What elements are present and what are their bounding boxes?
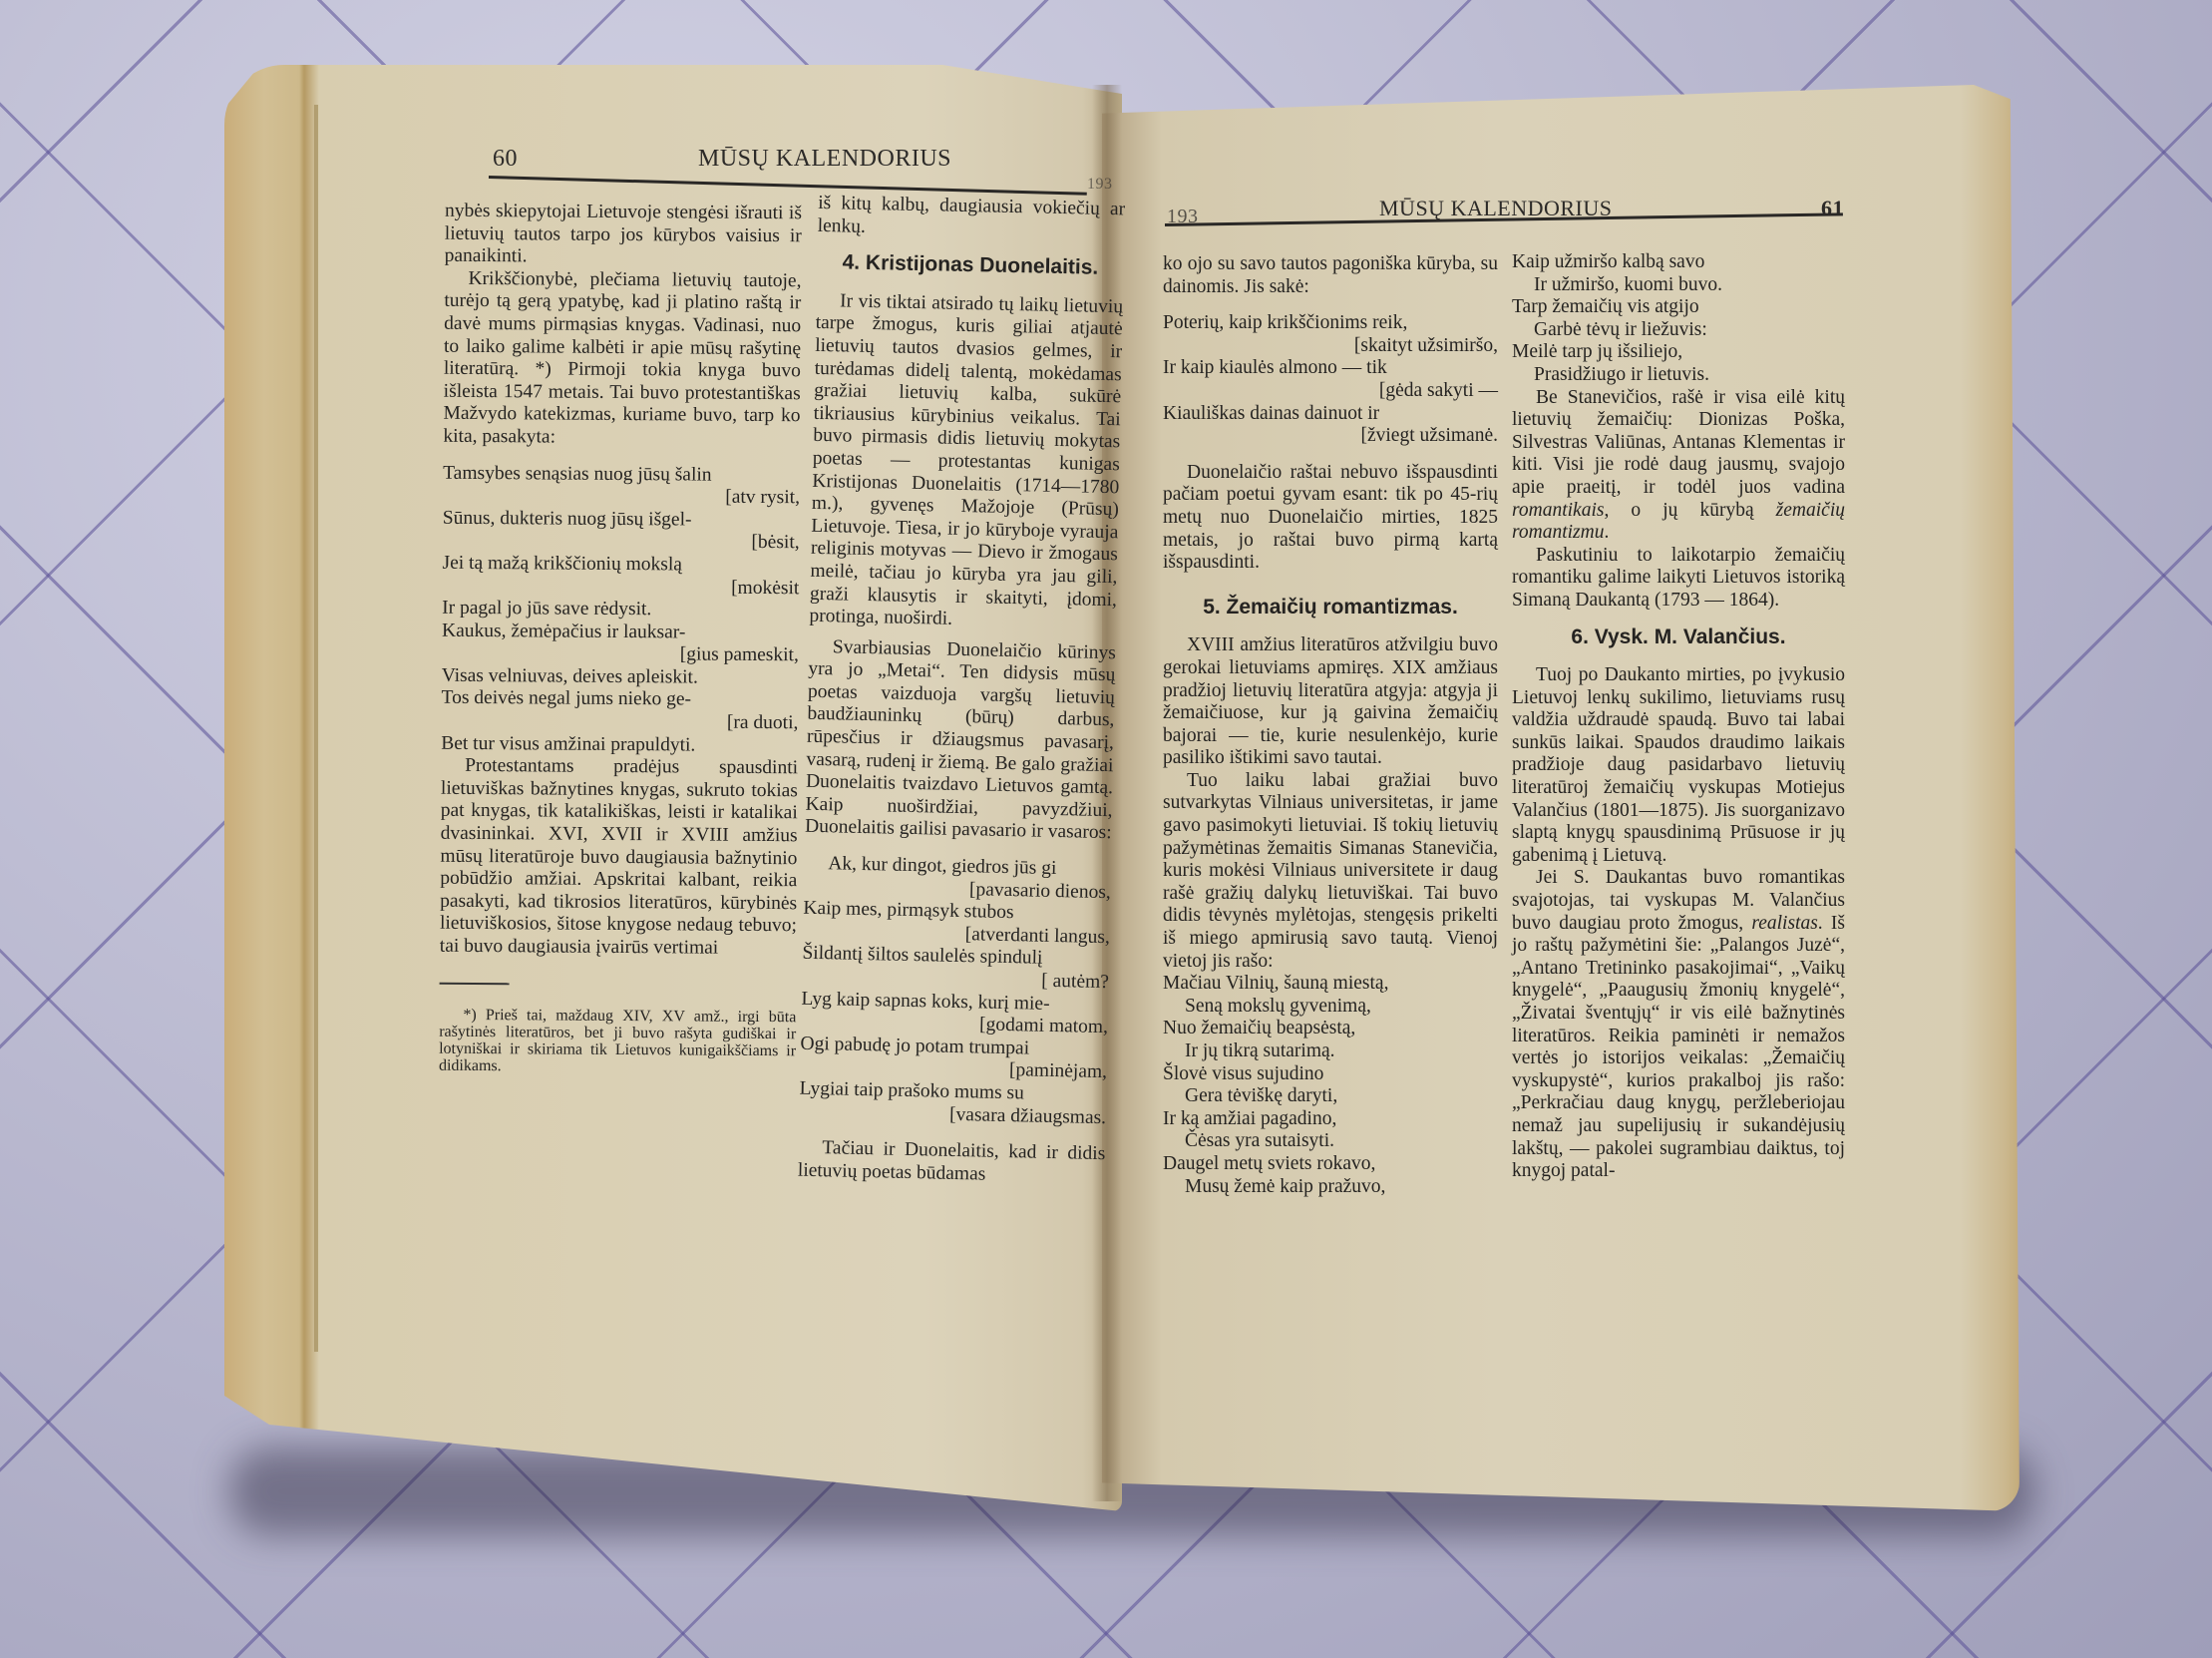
- left-page-number: 60: [493, 146, 518, 173]
- paragraph: ko ojo su savo tautos pagoniška kūryba, …: [1163, 253, 1498, 298]
- stanevicius-poem: Mačiau Vilnių, šauną miestą, Seną mokslų…: [1163, 973, 1498, 1198]
- page-edge-stain: [314, 105, 318, 1352]
- paragraph: nybės skiepytojai Lietuvoje stengėsi išr…: [445, 201, 802, 270]
- paragraph: Be Stanevičios, rašė ir visa eilė kitų l…: [1512, 387, 1845, 545]
- poem-line: Ir ką amžiai pagadino,: [1163, 1108, 1498, 1131]
- verse-line: Visas velniuvas, deives apleiskit.: [442, 665, 799, 690]
- mazvydas-verse: Tamsybes senąsias nuog jūsų šalin [atv r…: [441, 462, 800, 757]
- poem-line: Gera tėviškę daryti,: [1163, 1085, 1498, 1108]
- verse-line: Tos deivės negal jums nieko ge-: [441, 687, 798, 712]
- right-page-number: 61: [1821, 196, 1844, 221]
- verse-line: Kaukus, žemėpačius ir lauksar-: [442, 620, 799, 644]
- text-span: , o jų kūrybą: [1604, 500, 1775, 521]
- right-page-column-1: ko ojo su savo tautos pagoniška kūryba, …: [1163, 253, 1498, 1198]
- section-heading-5: 5. Žemaičių romantizmas.: [1163, 597, 1498, 620]
- verse-line-cont: [bėsit,: [443, 530, 800, 555]
- paragraph: Tačiau ir Duonelaitis, kad ir didis liet…: [798, 1137, 1106, 1189]
- poem-line: Ir užmiršo, kuomi buvo.: [1512, 274, 1845, 297]
- verse-line: Sūnus, dukteris nuog jūsų išgel-: [443, 507, 800, 532]
- paragraph: Paskutiniu to laikotarpio žemaičių roman…: [1512, 545, 1845, 613]
- poem-line: Ir jų tikrą sutarimą.: [1163, 1040, 1498, 1063]
- paragraph: XVIII amžius literatūros atžvilgiu buvo …: [1163, 634, 1498, 770]
- right-page-column-2: Kaip užmiršo kalbą savo Ir užmiršo, kuom…: [1512, 251, 1845, 1183]
- poem-line: Nuo žemaičių beapsėstą,: [1163, 1018, 1498, 1040]
- paragraph: iš kitų kalbų, daugiausia vokiečių ar le…: [817, 193, 1125, 244]
- poem-line: Šlovė visus sujudino: [1163, 1063, 1498, 1086]
- stanevicius-poem-cont: Kaip užmiršo kalbą savo Ir užmiršo, kuom…: [1512, 251, 1845, 387]
- poem-line: Musų žemė kaip pražuvo,: [1163, 1176, 1498, 1199]
- verse-line: Ir kaip kiaulės almono — tik: [1163, 357, 1498, 380]
- verse-line: Ir pagal jo jūs save rėdysit.: [442, 598, 799, 622]
- left-corner-mark: 193: [1087, 176, 1113, 194]
- left-running-title: MŪSŲ KALENDORIUS: [698, 146, 951, 173]
- paragraph: Krikščionybė, plečiama lietuvių tautoje,…: [443, 268, 801, 451]
- paragraph: Duonelaičio raštai nebuvo išspausdinti p…: [1163, 462, 1498, 575]
- verse-line-cont: [gėda sakyti —: [1163, 380, 1498, 403]
- verse-line-cont: [atv rysit,: [443, 485, 800, 510]
- poem-line: Meilė tarp jų išsiliejo,: [1512, 341, 1845, 364]
- poem-line: Garbė tėvų ir liežuvis:: [1512, 319, 1845, 342]
- paragraph: Protestantams pradėjus spausdinti lietuv…: [440, 755, 798, 961]
- section-heading-4: 4. Kristijonas Duonelaitis.: [817, 251, 1124, 280]
- poem-line: Seną mokslų gyvenimą,: [1163, 996, 1498, 1019]
- footnote-rule: [440, 982, 510, 984]
- paragraph: Tuoj po Daukanto mirties, po įvykusio Li…: [1512, 664, 1845, 867]
- poem-line: Tarp žemaičių vis atgijo: [1512, 296, 1845, 319]
- poem-line: Mačiau Vilnių, šauną miestą,: [1163, 973, 1498, 996]
- verse-line-cont: [gius pameskit,: [442, 642, 799, 667]
- verse-line-cont: [ra duoti,: [441, 710, 798, 735]
- verse-line-cont: [skaityt užsimiršo,: [1163, 335, 1498, 358]
- poem-line: Kaip užmiršo kalbą savo: [1512, 251, 1845, 274]
- footnote: *) Prieš tai, maždaug XIV, XV amž., irgi…: [439, 1006, 796, 1075]
- duonelaitis-verse: Ak, kur dingot, giedros jūs gi [pavasari…: [799, 853, 1112, 1130]
- poem-line: Prasidžiugo ir lietuvis.: [1512, 364, 1845, 387]
- paragraph: Svarbiausias Duonelaičio kūrinys yra jo …: [805, 635, 1116, 845]
- verse-line: Poterių, kaip krikščionims reik,: [1163, 312, 1498, 335]
- paragraph: Tuo laiku labai gražiai buvo sutvarkytas…: [1163, 770, 1498, 973]
- text-span: .: [1604, 522, 1609, 543]
- verse-line: Kiauliškas dainas dainuot ir: [1163, 403, 1498, 426]
- italic-term: realistas: [1751, 913, 1817, 934]
- italic-term: romantikais: [1512, 500, 1604, 521]
- anti-pagan-verse: Poterių, kaip krikščionims reik, [skaity…: [1163, 312, 1498, 448]
- left-page-column-1: nybės skiepytojai Lietuvoje stengėsi išr…: [439, 201, 802, 1076]
- verse-line-cont: [mokėsit: [442, 575, 799, 600]
- paragraph: Jei S. Daukantas buvo romantikas svajoto…: [1512, 867, 1845, 1182]
- poem-line: Daugel metų sviets rokavo,: [1163, 1153, 1498, 1176]
- left-page-column-2: iš kitų kalbų, daugiausia vokiečių ar le…: [798, 193, 1126, 1189]
- text-span: . Iš jo raštų pažymėtini šie: „Palangos …: [1512, 913, 1845, 1182]
- poem-line: Čėsas yra sutaisyti.: [1163, 1130, 1498, 1153]
- paragraph: Ir vis tiktai atsirado tų laikų lietuvių…: [809, 290, 1123, 634]
- verse-line: Jei tą mažą krikščionių mokslą: [442, 553, 799, 578]
- text-span: Be Stanevičios, rašė ir visa eilė kitų l…: [1512, 387, 1845, 498]
- verse-line: Tamsybes senąsias nuog jūsų šalin: [443, 462, 800, 487]
- verse-line: Bet tur visus amžinai prapuldyti.: [441, 732, 798, 757]
- verse-line-cont: [žviegt užsimanė.: [1163, 425, 1498, 448]
- section-heading-6: 6. Vysk. M. Valančius.: [1512, 626, 1845, 649]
